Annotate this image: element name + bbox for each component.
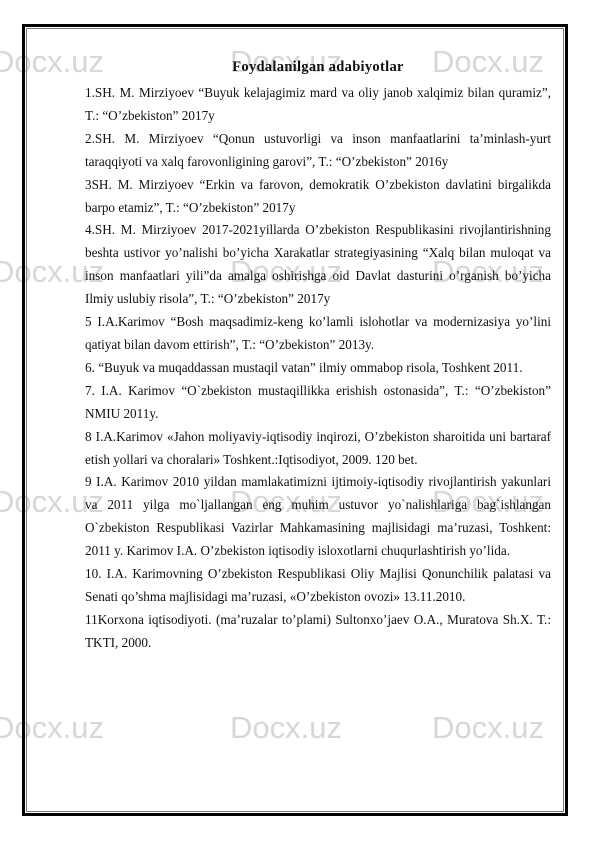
reference-item: 7. I.A. Karimov “O`zbekiston mustaqillik… — [85, 380, 551, 426]
document-body: Foydalanilgan adabiyotlar 1.SH. M. Mirzi… — [85, 57, 551, 655]
reference-item: 6. “Buyuk va muqaddassan mustaqil vatan”… — [85, 357, 551, 380]
reference-item: 11Korxona iqtisodiyoti. (ma’ruzalar to’p… — [85, 609, 551, 655]
reference-item: 3SH. M. Mirziyoev “Erkin va farovon, dem… — [85, 174, 551, 220]
reference-list: 1.SH. M. Mirziyoev “Buyuk kelajagimiz ma… — [85, 82, 551, 655]
reference-item: 2.SH. M. Mirziyoev “Qonun ustuvorligi va… — [85, 128, 551, 174]
reference-item: 9 I.A. Karimov 2010 yildan mamlakatimizn… — [85, 471, 551, 563]
reference-item: 8 I.A.Karimov «Jahon moliyaviy-iqtisodiy… — [85, 426, 551, 472]
reference-item: 4.SH. M. Mirziyoev 2017-2021yillarda O’z… — [85, 219, 551, 311]
page-title: Foydalanilgan adabiyotlar — [85, 57, 551, 78]
reference-item: 1.SH. M. Mirziyoev “Buyuk kelajagimiz ma… — [85, 82, 551, 128]
reference-item: 10. I.A. Karimovning O’zbekiston Respubl… — [85, 563, 551, 609]
reference-item: 5 I.A.Karimov “Bosh maqsadimiz-keng ko’l… — [85, 311, 551, 357]
